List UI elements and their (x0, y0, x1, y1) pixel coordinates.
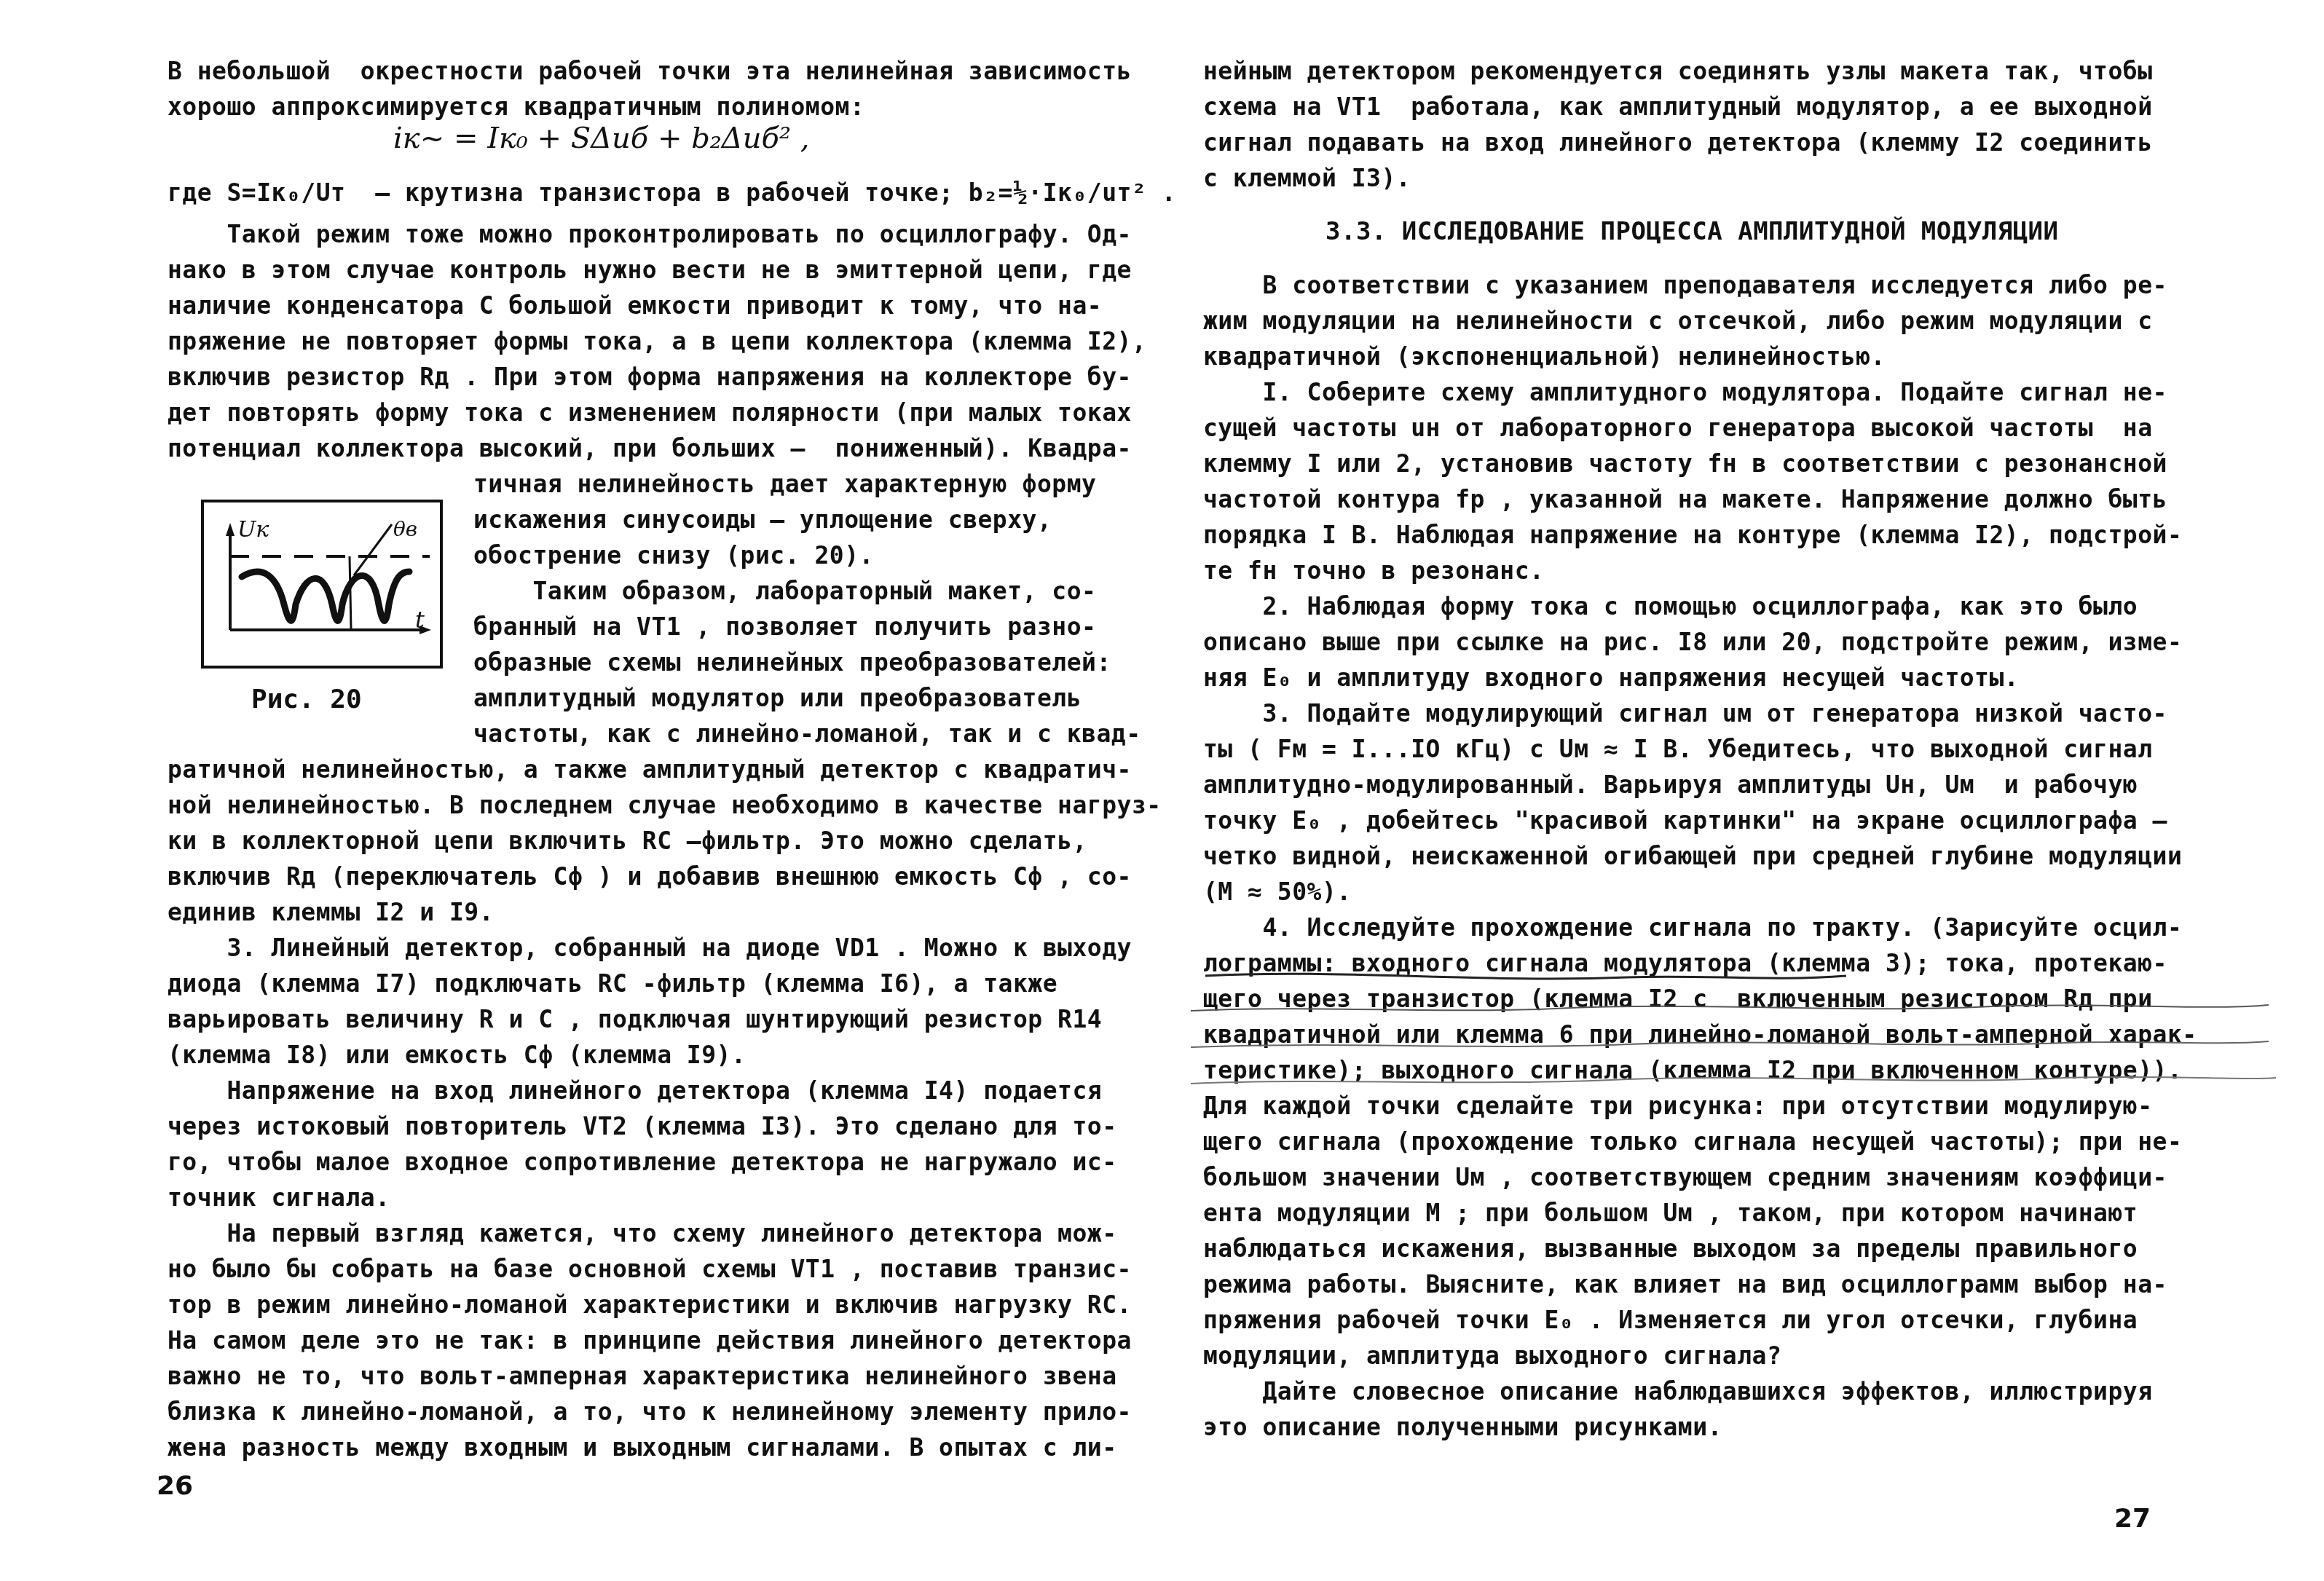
text-line: где S=Iк₀/Uт – крутизна транзистора в ра… (168, 178, 1176, 208)
text-line: описано выше при ссылке на рис. I8 или 2… (1203, 628, 2182, 657)
text-line: В небольшой окрестности рабочей точки эт… (168, 57, 1132, 86)
annotation-label: θв (393, 517, 417, 541)
text-line: На самом деле это не так: в принципе дей… (168, 1326, 1132, 1355)
formula: iк~ = Iк₀ + SΔuб + b₂Δuб² , (393, 122, 809, 154)
text-line: амплитудный модулятор или преобразовател… (473, 684, 1082, 713)
text-line: жим модуляции на нелинейности с отсечкой… (1203, 307, 2153, 336)
text-line: 3. Подайте модулирующий сигнал uм от ген… (1203, 699, 2167, 728)
text-line: диода (клемма I7) подключать RC -фильтр … (168, 969, 1057, 998)
page-number: 26 (157, 1471, 193, 1501)
text-line: Таким образом, лабораторный макет, со- (473, 577, 1096, 606)
x-axis-label: t (415, 606, 425, 634)
text-line: В соответствии с указанием преподавателя… (1203, 271, 2167, 300)
text-line: режима работы. Выясните, как влияет на в… (1203, 1270, 2167, 1299)
text-line: хорошо аппроксимируется квадратичным пол… (168, 92, 864, 122)
text-line: через истоковый повторитель VT2 (клемма … (168, 1112, 1117, 1141)
text-line: ной нелинейностью. В последнем случае не… (168, 791, 1162, 820)
text-line: с клеммой I3). (1203, 164, 1411, 193)
text-line: Напряжение на вход линейного детектора (… (168, 1076, 1102, 1105)
text-line: квадратичной (экспоненциальной) нелинейн… (1203, 342, 1886, 371)
text-line: образные схемы нелинейных преобразовател… (473, 648, 1111, 677)
text-line: амплитудно-модулированный. Варьируя ампл… (1203, 770, 2138, 800)
text-line: сущей частоты uн от лабораторного генера… (1203, 414, 2153, 443)
text-line: I. Соберите схему амплитудного модулятор… (1203, 378, 2167, 407)
text-line: (M ≈ 50%). (1203, 878, 1352, 907)
text-line: точник сигнала. (168, 1183, 390, 1213)
text-line: включив Rд (переключатель Cф ) и добавив… (168, 862, 1132, 891)
handwritten-underline (1191, 969, 2283, 1202)
text-line: единив клеммы I2 и I9. (168, 898, 494, 927)
text-line: 2. Наблюдая форму тока с помощью осцилло… (1203, 592, 2138, 621)
text-line: Дайте словесное описание наблюдавшихся э… (1203, 1377, 2153, 1406)
text-line: Такой режим тоже можно проконтролировать… (168, 220, 1132, 249)
text-line: нако в этом случае контроль нужно вести … (168, 256, 1132, 285)
text-line: ты ( Fм = I...IO кГц) с Uм ≈ I В. Убедит… (1203, 735, 2153, 764)
text-line: схема на VT1 работала, как амплитудный м… (1203, 92, 2153, 122)
text-line: клемму I или 2, установив частоту fн в с… (1203, 449, 2167, 478)
text-line: искажения синусоиды – уплощение сверху, (473, 505, 1052, 535)
text-line: но было бы собрать на базе основной схем… (168, 1255, 1132, 1284)
text-line: обострение снизу (рис. 20). (473, 541, 874, 570)
text-line: 4. Исследуйте прохождение сигнала по тра… (1203, 913, 2182, 942)
section-heading: 3.3. ИССЛЕДОВАНИЕ ПРОЦЕССА АМПЛИТУДНОЙ М… (1326, 217, 2059, 246)
text-line: те fн точно в резонанс. (1203, 556, 1544, 586)
text-line: частотой контура fр , указанной на макет… (1203, 485, 2167, 514)
text-line: близка к линейно-ломаной, а то, что к не… (168, 1397, 1132, 1427)
text-line: варьировать величину R и C , подключая ш… (168, 1005, 1102, 1034)
text-line: наличие конденсатора C большой емкости п… (168, 291, 1102, 320)
text-line: важно не то, что вольт-амперная характер… (168, 1362, 1117, 1391)
text-line: тор в режим линейно-ломаной характеристи… (168, 1290, 1132, 1320)
text-line: точку E₀ , добейтесь "красивой картинки"… (1203, 806, 2167, 835)
text-line: четко видной, неискаженной огибающей при… (1203, 842, 2182, 871)
text-line: сигнал подавать на вход линейного детект… (1203, 128, 2153, 157)
right-page: нейным детектором рекомендуется соединят… (1162, 0, 2324, 1581)
text-line: ки в коллекторной цепи включить RC –филь… (168, 827, 1087, 856)
text-line: пряжение не повторяет формы тока, а в це… (168, 327, 1146, 356)
left-page: В небольшой окрестности рабочей точки эт… (0, 0, 1162, 1581)
text-line: нейным детектором рекомендуется соединят… (1203, 57, 2153, 86)
text-line: частоты, как с линейно-ломаной, так и с … (473, 719, 1141, 749)
text-line: жена разность между входным и выходным с… (168, 1433, 1117, 1462)
text-line: На первый взгляд кажется, что схему лине… (168, 1219, 1117, 1248)
text-line: наблюдаться искажения, вызванные выходом… (1203, 1234, 2138, 1263)
text-line: го, чтобы малое входное сопротивление де… (168, 1148, 1117, 1177)
text-line: няя E₀ и амплитуду входного напряжения н… (1203, 663, 2019, 693)
text-line: бранный на VT1 , позволяет получить разн… (473, 612, 1096, 642)
page-number: 27 (2114, 1504, 2151, 1534)
text-line: потенциал коллектора высокий, при больши… (168, 434, 1132, 463)
figure-20: Uк θв t (201, 500, 443, 669)
y-axis-label: Uк (237, 517, 269, 543)
text-line: дет повторять форму тока с изменением по… (168, 398, 1132, 427)
text-line: порядка I В. Наблюдая напряжение на конт… (1203, 521, 2182, 550)
text-line: 3. Линейный детектор, собранный на диоде… (168, 934, 1132, 963)
text-line: пряжения рабочей точки E₀ . Изменяется л… (1203, 1306, 2138, 1335)
text-line: включив резистор Rд . При этом форма нап… (168, 363, 1132, 392)
text-line: ента модуляции M ; при большом Uм , тако… (1203, 1199, 2138, 1228)
text-line: это описание полученными рисунками. (1203, 1413, 1722, 1442)
text-line: модуляции, амплитуда выходного сигнала? (1203, 1341, 1781, 1371)
text-line: тичная нелинейность дает характерную фор… (473, 470, 1096, 499)
text-line: (клемма I8) или емкость Cф (клемма I9). (168, 1041, 746, 1070)
text-line: ратичной нелинейностью, а также амплитуд… (168, 755, 1132, 784)
figure-caption: Рис. 20 (251, 685, 362, 714)
